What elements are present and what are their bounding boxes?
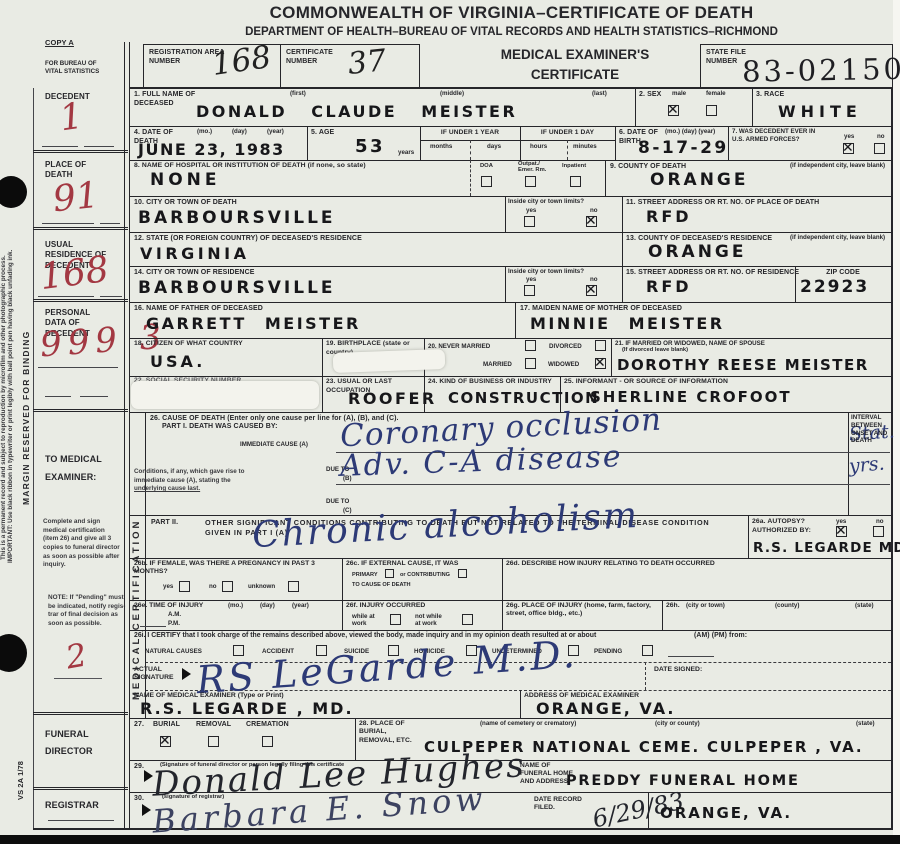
injury-while-at-work-label: while at work bbox=[352, 613, 382, 627]
state-file-value: 83-021509 bbox=[742, 51, 900, 88]
ssn-whiteout bbox=[131, 381, 319, 409]
right-paper-edge bbox=[893, 0, 900, 844]
certificate-number-label: CERTIFICATE NUMBER bbox=[286, 48, 356, 66]
sidebar-examiner-note: Complete and sign medical certification … bbox=[43, 518, 121, 570]
burial-place-state-sub: (state) bbox=[856, 720, 875, 727]
checkbox-doa bbox=[481, 176, 492, 187]
death-certificate-scan: MARGIN RESERVED FOR BINDING IMPORTANT: U… bbox=[0, 0, 900, 844]
hospital-outpatient-label: Outpat./ Emer. Rm. bbox=[518, 161, 550, 173]
disposition-removal-label: REMOVAL bbox=[196, 720, 231, 729]
mother-value: MINNIE MEISTER bbox=[530, 314, 725, 333]
grid-line bbox=[635, 88, 636, 126]
part2-value: Chronic alcoholism bbox=[251, 498, 640, 554]
burial-place-cemetery-sub: (name of cemetery or crematory) bbox=[480, 720, 576, 727]
zip-label: ZIP CODE bbox=[795, 268, 891, 277]
checkbox-widowed bbox=[595, 358, 606, 369]
sidebar-to-examiner-label: TO MEDICAL EXAMINER: bbox=[45, 450, 105, 486]
hospital-inpatient-label: Inpatient bbox=[562, 163, 586, 169]
industry-label: 24. KIND OF BUSINESS OR INDUSTRY bbox=[428, 378, 558, 387]
grid-line bbox=[505, 196, 506, 232]
grid-line bbox=[84, 146, 114, 147]
checkbox-cremation bbox=[262, 736, 273, 747]
page-title: COMMONWEALTH OF VIRGINIA–CERTIFICATE OF … bbox=[130, 3, 893, 23]
city-residence-label: 14. CITY OR TOWN OF RESIDENCE bbox=[134, 268, 255, 277]
checkbox-while-at-work bbox=[390, 614, 401, 625]
grid-line bbox=[33, 787, 128, 790]
county-residence-hint: (if independent city, leave blank) bbox=[790, 234, 885, 241]
sidebar-residence-code: 168 bbox=[38, 252, 111, 296]
hospital-value: NONE bbox=[150, 170, 221, 190]
checkbox-external-primary bbox=[385, 569, 394, 578]
marital-divorced-label: DIVORCED bbox=[549, 343, 582, 351]
grid-line bbox=[38, 296, 94, 297]
zip-value: 22923 bbox=[800, 277, 869, 297]
grid-line bbox=[420, 140, 615, 141]
registrar-number: 30. bbox=[134, 794, 144, 803]
checkbox-burial bbox=[160, 736, 171, 747]
grid-line bbox=[33, 712, 128, 715]
cause-due-to-c-label: DUE TO bbox=[326, 498, 349, 505]
copy-label: COPY A bbox=[45, 38, 74, 48]
grid-line bbox=[33, 150, 128, 153]
funeral-home-value: PREDDY FUNERAL HOME bbox=[566, 773, 800, 789]
armed-forces-yes-label: yes bbox=[844, 133, 854, 140]
certify-text: 26i. I CERTIFY that I took charge of the… bbox=[134, 632, 689, 639]
hospital-doa-label: DOA bbox=[480, 163, 493, 169]
city-of-death-value: BARBOURSVILLE bbox=[138, 208, 336, 228]
checkbox-autopsy-yes bbox=[836, 526, 847, 537]
injury-time-pm-label: P.M. bbox=[168, 620, 180, 627]
cause-b-value: Adv. C-A disease bbox=[340, 442, 623, 482]
manner-natural-label: NATURAL CAUSES bbox=[145, 648, 202, 655]
grid-line bbox=[42, 223, 94, 224]
sidebar-pending-code: 2 bbox=[63, 638, 89, 673]
grid-line bbox=[605, 160, 606, 196]
grid-line bbox=[752, 88, 753, 126]
age-value: 53 bbox=[355, 136, 385, 157]
armed-forces-label: 7. WAS DECEDENT EVER IN U.S. ARMED FORCE… bbox=[732, 128, 820, 144]
full-name-last-sub: (last) bbox=[592, 90, 607, 97]
form-number: VS 2A 1/78 bbox=[16, 761, 26, 800]
injury-time-mo-sub: (mo.) bbox=[228, 602, 243, 609]
signature-arrow-icon bbox=[142, 804, 151, 816]
injury-loc-label: 26h. bbox=[666, 602, 680, 610]
disposition-number: 27. bbox=[134, 720, 144, 729]
cause-conditions-note: Conditions, if any, which gave rise to i… bbox=[134, 468, 246, 494]
date-of-death-day-sub: (day) bbox=[232, 128, 247, 135]
grid-line bbox=[280, 44, 281, 88]
grid-line bbox=[38, 367, 118, 368]
date-of-death-value: JUNE 23, 1983 bbox=[138, 140, 285, 159]
hole-punch bbox=[0, 176, 27, 208]
grid-line bbox=[80, 396, 108, 397]
street-of-death-value: RFD bbox=[646, 207, 692, 226]
grid-line bbox=[48, 820, 114, 821]
sex-label: 2. SEX bbox=[639, 90, 661, 99]
checkbox-autopsy-no bbox=[873, 526, 884, 537]
injury-loc-county-sub: (county) bbox=[775, 602, 799, 609]
grid-line bbox=[45, 396, 71, 397]
race-value: WHITE bbox=[778, 102, 862, 121]
fd-number: 29. bbox=[134, 762, 144, 771]
checkbox-external-contributing bbox=[458, 569, 467, 578]
autopsy-label: 26a. AUTOPSY? bbox=[752, 518, 805, 527]
informant-label: 25. INFORMANT - OR SOURCE OF INFORMATION bbox=[564, 378, 814, 387]
checkbox-removal bbox=[208, 736, 219, 747]
checkbox-sex-female bbox=[706, 105, 717, 116]
under-1-day-minutes-sub: minutes bbox=[573, 143, 597, 150]
grid-line bbox=[33, 88, 34, 830]
grid-line bbox=[307, 126, 308, 160]
signature-arrow-icon bbox=[182, 668, 191, 680]
cause-conditions-note-text: Conditions, if any, which gave rise to i… bbox=[134, 468, 244, 484]
date-of-birth-sub: (mo.) (day) (year) bbox=[665, 128, 725, 135]
checkbox-married bbox=[525, 358, 536, 369]
certificate-number-value: 37 bbox=[347, 46, 388, 80]
injury-loc-city-sub: (city or town) bbox=[686, 602, 725, 609]
margin-important-note-1: IMPORTANT: Use black ribbon in typewrite… bbox=[7, 250, 14, 563]
under-1-year-label: IF UNDER 1 YEAR bbox=[420, 129, 520, 138]
checkbox-pending bbox=[642, 645, 653, 656]
injury-time-year-sub: (year) bbox=[292, 602, 309, 609]
grid-line bbox=[748, 515, 749, 558]
grid-line bbox=[336, 484, 890, 485]
city-residence-value: BARBOURSVILLE bbox=[138, 278, 336, 298]
autopsy-authorized-label: AUTHORIZED BY: bbox=[752, 527, 811, 536]
cause-immediate-label: IMMEDIATE CAUSE (A) bbox=[240, 441, 308, 448]
external-primary-label: PRIMARY bbox=[352, 572, 378, 578]
checkbox-never-married bbox=[525, 340, 536, 351]
spouse-hint: (If divorced leave blank) bbox=[622, 347, 688, 353]
grid-line bbox=[615, 126, 616, 160]
external-cause-label: 26c. IF EXTERNAL CAUSE, IT WAS bbox=[346, 560, 476, 568]
grid-line bbox=[611, 338, 612, 376]
grid-line bbox=[54, 678, 102, 679]
grid-line bbox=[33, 409, 128, 412]
injury-place-label: 26g. PLACE OF INJURY (home, farm, factor… bbox=[506, 602, 656, 619]
grid-line bbox=[515, 302, 516, 338]
checkbox-sex-male bbox=[668, 105, 679, 116]
date-signed-label: DATE SIGNED: bbox=[654, 666, 702, 674]
mother-label: 17. MAIDEN NAME OF MOTHER OF DECEASED bbox=[520, 304, 682, 313]
injury-time-am-label: A.M. bbox=[168, 611, 181, 618]
grid-line bbox=[645, 662, 646, 690]
pregnancy-yes-label: yes bbox=[163, 583, 173, 590]
full-name-value: DONALD CLAUDE MEISTER bbox=[196, 102, 517, 121]
checkbox-limits-residence-yes bbox=[524, 285, 535, 296]
occupation-value: ROOFER bbox=[348, 389, 437, 408]
father-label: 16. NAME OF FATHER OF DECEASED bbox=[134, 304, 263, 313]
grid-line bbox=[622, 196, 623, 232]
pregnancy-no-label: no bbox=[209, 583, 217, 590]
cause-b-interval: yrs. bbox=[848, 454, 885, 476]
burial-place-city-sub: (city or county) bbox=[655, 720, 700, 727]
margin-important-note-2: This is a permanent record and subject t… bbox=[0, 255, 7, 560]
birthplace-whiteout bbox=[333, 349, 446, 373]
disposition-cremation-label: CREMATION bbox=[246, 720, 289, 729]
date-of-death-mo-sub: (mo.) bbox=[197, 128, 212, 135]
injury-time-day-sub: (day) bbox=[260, 602, 275, 609]
grid-line bbox=[470, 140, 471, 160]
cause-conditions-note-underlined: underlying cause last. bbox=[134, 485, 200, 492]
cause-interval-header: INTERVAL BETWEEN ONSET AND DEATH bbox=[851, 414, 891, 445]
examiner-name-value: R.S. LEGARDE , MD. bbox=[140, 699, 354, 718]
injury-occurred-label: 26f. INJURY OCCURRED bbox=[346, 602, 425, 610]
grid-line bbox=[33, 299, 128, 302]
grid-line bbox=[520, 690, 521, 718]
under-1-day-label: IF UNDER 1 DAY bbox=[520, 129, 615, 138]
marital-widowed-label: WIDOWED bbox=[548, 361, 579, 369]
grid-line bbox=[662, 600, 663, 630]
checkbox-limits-death-yes bbox=[524, 216, 535, 227]
sex-female-label: female bbox=[706, 90, 726, 97]
grid-line bbox=[502, 558, 503, 600]
full-name-label: 1. FULL NAME OF DECEASED bbox=[134, 90, 204, 108]
father-value: GARRETT MEISTER bbox=[146, 314, 361, 333]
pregnancy-label: 26b. IF FEMALE, WAS THERE A PREGNANCY IN… bbox=[134, 560, 334, 577]
grid-line bbox=[567, 140, 568, 160]
checkbox-inpatient bbox=[570, 176, 581, 187]
street-residence-value: RFD bbox=[646, 277, 692, 296]
burial-place-label: 28. PLACE OF BURIAL, REMOVAL, ETC. bbox=[359, 720, 421, 745]
sidebar-place-code: 91 bbox=[51, 178, 100, 219]
grid-line bbox=[342, 558, 343, 600]
grid-line bbox=[622, 266, 623, 302]
street-residence-label: 15. STREET ADDRESS OR RT. NO. OF RESIDEN… bbox=[626, 268, 799, 277]
spouse-value: DOROTHY REESE MEISTER bbox=[617, 356, 869, 374]
industry-value: CONSTRUCTION bbox=[448, 389, 599, 407]
hole-punch bbox=[0, 634, 27, 672]
limits-death-yes-label: yes bbox=[526, 207, 536, 214]
sidebar-pending-note: NOTE: If "Pending" must be indicated, no… bbox=[48, 594, 128, 629]
margin-binding-note: MARGIN RESERVED FOR BINDING bbox=[21, 331, 32, 505]
checkbox-pregnancy-yes bbox=[179, 581, 190, 592]
county-residence-value: ORANGE bbox=[648, 242, 747, 262]
checkbox-limits-residence-no bbox=[586, 285, 597, 296]
bottom-scan-strip bbox=[0, 835, 900, 844]
grid-line bbox=[140, 626, 166, 627]
marital-never-married-label: 20. NEVER MARRIED bbox=[428, 343, 490, 351]
street-of-death-label: 11. STREET ADDRESS OR RT. NO. OF PLACE O… bbox=[626, 198, 819, 207]
full-name-first-sub: (first) bbox=[290, 90, 306, 97]
registration-area-value: 168 bbox=[210, 42, 273, 81]
under-1-day-hours-sub: hours bbox=[530, 143, 547, 150]
armed-forces-no-label: no bbox=[877, 133, 885, 140]
citizen-label: 18. CITIZEN OF WHAT COUNTRY bbox=[134, 340, 244, 349]
injury-loc-state-sub: (state) bbox=[855, 602, 874, 609]
part2-label: PART II. bbox=[151, 518, 178, 527]
citizen-value: USA. bbox=[150, 352, 205, 371]
grid-line bbox=[322, 376, 323, 412]
sidebar-funeral-director-label: FUNERAL DIRECTOR bbox=[45, 726, 105, 760]
cause-part1-label: PART I. DEATH WAS CAUSED BY: bbox=[162, 422, 278, 431]
checkbox-armed-no bbox=[874, 143, 885, 154]
grid-line bbox=[342, 600, 343, 630]
examiner-address-value: ORANGE, VA. bbox=[536, 699, 675, 718]
date-of-death-year-sub: (year) bbox=[267, 128, 284, 135]
checkbox-not-while-at-work bbox=[462, 614, 473, 625]
under-1-year-days-sub: days bbox=[487, 143, 501, 150]
grid-line bbox=[100, 296, 122, 297]
checkbox-armed-yes bbox=[843, 143, 854, 154]
grid-line bbox=[502, 600, 503, 630]
sex-male-label: male bbox=[672, 90, 686, 97]
race-label: 3. RACE bbox=[756, 90, 784, 99]
injury-time-label: 26e. TIME OF INJURY bbox=[134, 602, 203, 610]
date-filed-label: DATE RECORD FILED. bbox=[534, 796, 586, 812]
county-of-death-hint: (if independent city, leave blank) bbox=[790, 162, 885, 169]
actual-signature-label: ACTUAL SIGNATURE bbox=[134, 666, 182, 683]
limits-residence-label: Inside city or town limits? bbox=[508, 268, 618, 275]
checkbox-divorced bbox=[595, 340, 606, 351]
injury-not-while-at-work-label: not while at work bbox=[415, 613, 449, 627]
grid-line bbox=[100, 223, 120, 224]
autopsy-authorized-value: R.S. LEGARDE MD bbox=[753, 540, 900, 556]
grid-line bbox=[622, 232, 623, 266]
grid-line bbox=[470, 160, 471, 196]
filed-place-value: ORANGE, VA. bbox=[660, 804, 792, 822]
date-of-birth-value: 8-17-29 bbox=[638, 138, 729, 158]
checkbox-outpatient bbox=[525, 176, 536, 187]
grid-line bbox=[42, 146, 78, 147]
grid-line bbox=[130, 87, 893, 89]
certify-ampm-label: (AM) (PM) from: bbox=[694, 632, 747, 641]
grid-line bbox=[322, 338, 323, 376]
checkbox-pregnancy-no bbox=[222, 581, 233, 592]
full-name-middle-sub: (middle) bbox=[440, 90, 464, 97]
county-of-death-value: ORANGE bbox=[650, 170, 749, 190]
grid-line bbox=[668, 656, 714, 657]
manner-pending-label: PENDING bbox=[594, 648, 622, 655]
bureau-label: FOR BUREAU OF VITAL STATISTICS bbox=[45, 60, 115, 76]
disposition-burial-label: BURIAL bbox=[153, 720, 180, 729]
sidebar-decedent-code: 1 bbox=[58, 99, 86, 138]
injury-desc-label: 26d. DESCRIBE HOW INJURY RELATING TO DEA… bbox=[506, 560, 886, 568]
limits-death-label: Inside city or town limits? bbox=[508, 198, 618, 205]
checkbox-limits-death-no bbox=[586, 216, 597, 227]
sidebar-registrar-label: REGISTRAR bbox=[45, 800, 99, 812]
state-residence-label: 12. STATE (OR FOREIGN COUNTRY) OF DECEAS… bbox=[134, 234, 362, 243]
under-1-year-months-sub: months bbox=[430, 143, 452, 150]
state-residence-value: VIRGINIA bbox=[140, 244, 249, 263]
limits-residence-yes-label: yes bbox=[526, 276, 536, 283]
external-contributing-label: or CONTRIBUTING bbox=[400, 572, 450, 578]
grid-line bbox=[33, 227, 128, 230]
age-unit-label: years bbox=[398, 149, 414, 156]
pregnancy-unknown-label: unknown bbox=[248, 583, 275, 590]
page-subtitle: DEPARTMENT OF HEALTH–BUREAU OF VITAL REC… bbox=[130, 26, 893, 38]
city-of-death-label: 10. CITY OR TOWN OF DEATH bbox=[134, 198, 237, 207]
checkbox-pregnancy-unknown bbox=[288, 581, 299, 592]
grid-line bbox=[505, 266, 506, 302]
certificate-type: MEDICAL EXAMINER'S CERTIFICATE bbox=[455, 45, 695, 84]
external-suffix-label: TO CAUSE OF DEATH bbox=[352, 582, 411, 588]
age-label: 5. AGE bbox=[311, 128, 334, 137]
marital-married-label: MARRIED bbox=[483, 361, 512, 369]
autopsy-no-label: no bbox=[876, 518, 884, 525]
